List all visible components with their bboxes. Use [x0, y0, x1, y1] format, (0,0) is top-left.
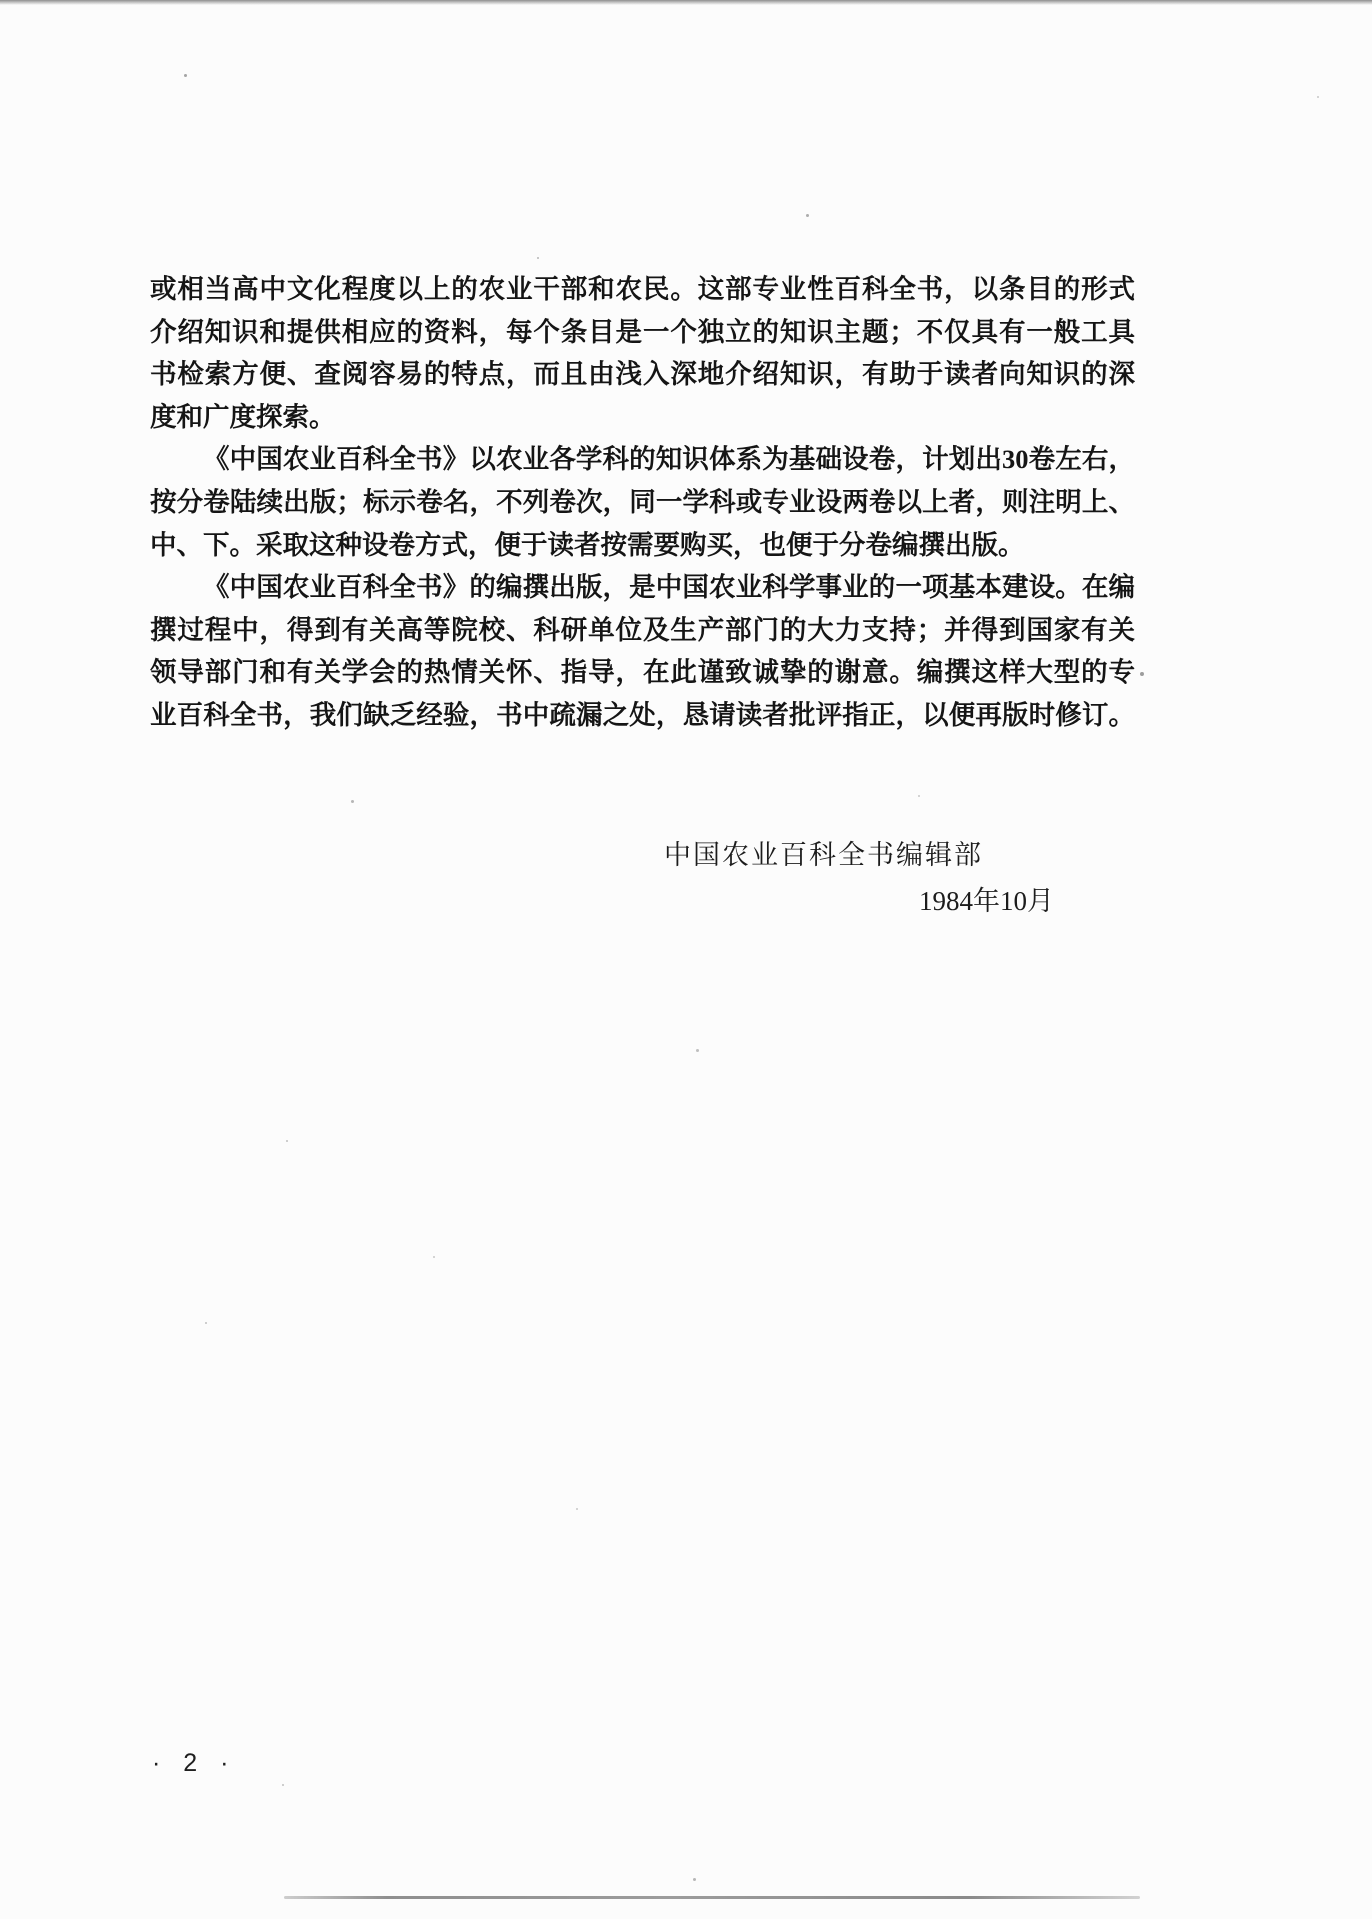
text-line: 业百科全书，我们缺乏经验，书中疏漏之处，恳请读者批评指正，以便再版时修订。 — [150, 694, 1135, 737]
page-number: · 2 · — [152, 1749, 232, 1778]
text-line: 撰过程中，得到有关高等院校、科研单位及生产部门的大力支持；并得到国家有关 — [150, 609, 1135, 652]
scan-speck — [696, 1049, 699, 1052]
scan-speck — [268, 681, 271, 684]
scan-speck — [184, 74, 187, 77]
text-line: 中、下。采取这种设卷方式，便于读者按需要购买，也便于分卷编撰出版。 — [150, 524, 1135, 567]
scan-speck — [433, 1256, 435, 1258]
scan-speck — [806, 214, 809, 217]
date: 1984年10月 — [919, 879, 1054, 918]
text-line: 领导部门和有关学会的热情关怀、指导，在此谨致诚挚的谢意。编撰这样大型的专 — [150, 651, 1135, 694]
scan-speck — [205, 1322, 207, 1324]
scan-speck — [918, 795, 920, 797]
text-line: 或相当高中文化程度以上的农业干部和农民。这部专业性百科全书，以条目的形式 — [150, 268, 1135, 311]
scan-speck — [1140, 672, 1144, 676]
body-text: 或相当高中文化程度以上的农业干部和农民。这部专业性百科全书，以条目的形式介绍知识… — [150, 268, 1135, 737]
scan-speck — [351, 800, 354, 803]
scan-edge-artifact — [0, 0, 1372, 5]
scanned-book-page: 或相当高中文化程度以上的农业干部和农民。这部专业性百科全书，以条目的形式介绍知识… — [0, 0, 1372, 1919]
text-line: 《中国农业百科全书》的编撰出版，是中国农业科学事业的一项基本建设。在编 — [150, 566, 1135, 609]
text-line: 按分卷陆续出版；标示卷名，不列卷次，同一学科或专业设两卷以上者，则注明上、 — [150, 481, 1135, 524]
text-line: 《中国农业百科全书》以农业各学科的知识体系为基础设卷，计划出30卷左右， — [150, 438, 1135, 481]
scan-speck — [576, 1508, 578, 1510]
scan-line-artifact — [284, 1896, 1140, 1899]
text-line: 度和广度探索。 — [150, 396, 1135, 439]
scan-speck — [537, 257, 539, 259]
signature: 中国农业百科全书编辑部 — [664, 833, 983, 872]
text-line: 书检索方便、查阅容易的特点，而且由浅入深地介绍知识，有助于读者向知识的深 — [150, 353, 1135, 396]
text-line: 介绍知识和提供相应的资料，每个条目是一个独立的知识主题；不仅具有一般工具 — [150, 311, 1135, 354]
scan-speck — [282, 1784, 284, 1786]
scan-speck — [286, 1140, 288, 1142]
scan-speck — [693, 1878, 696, 1881]
scan-speck — [1317, 96, 1319, 98]
